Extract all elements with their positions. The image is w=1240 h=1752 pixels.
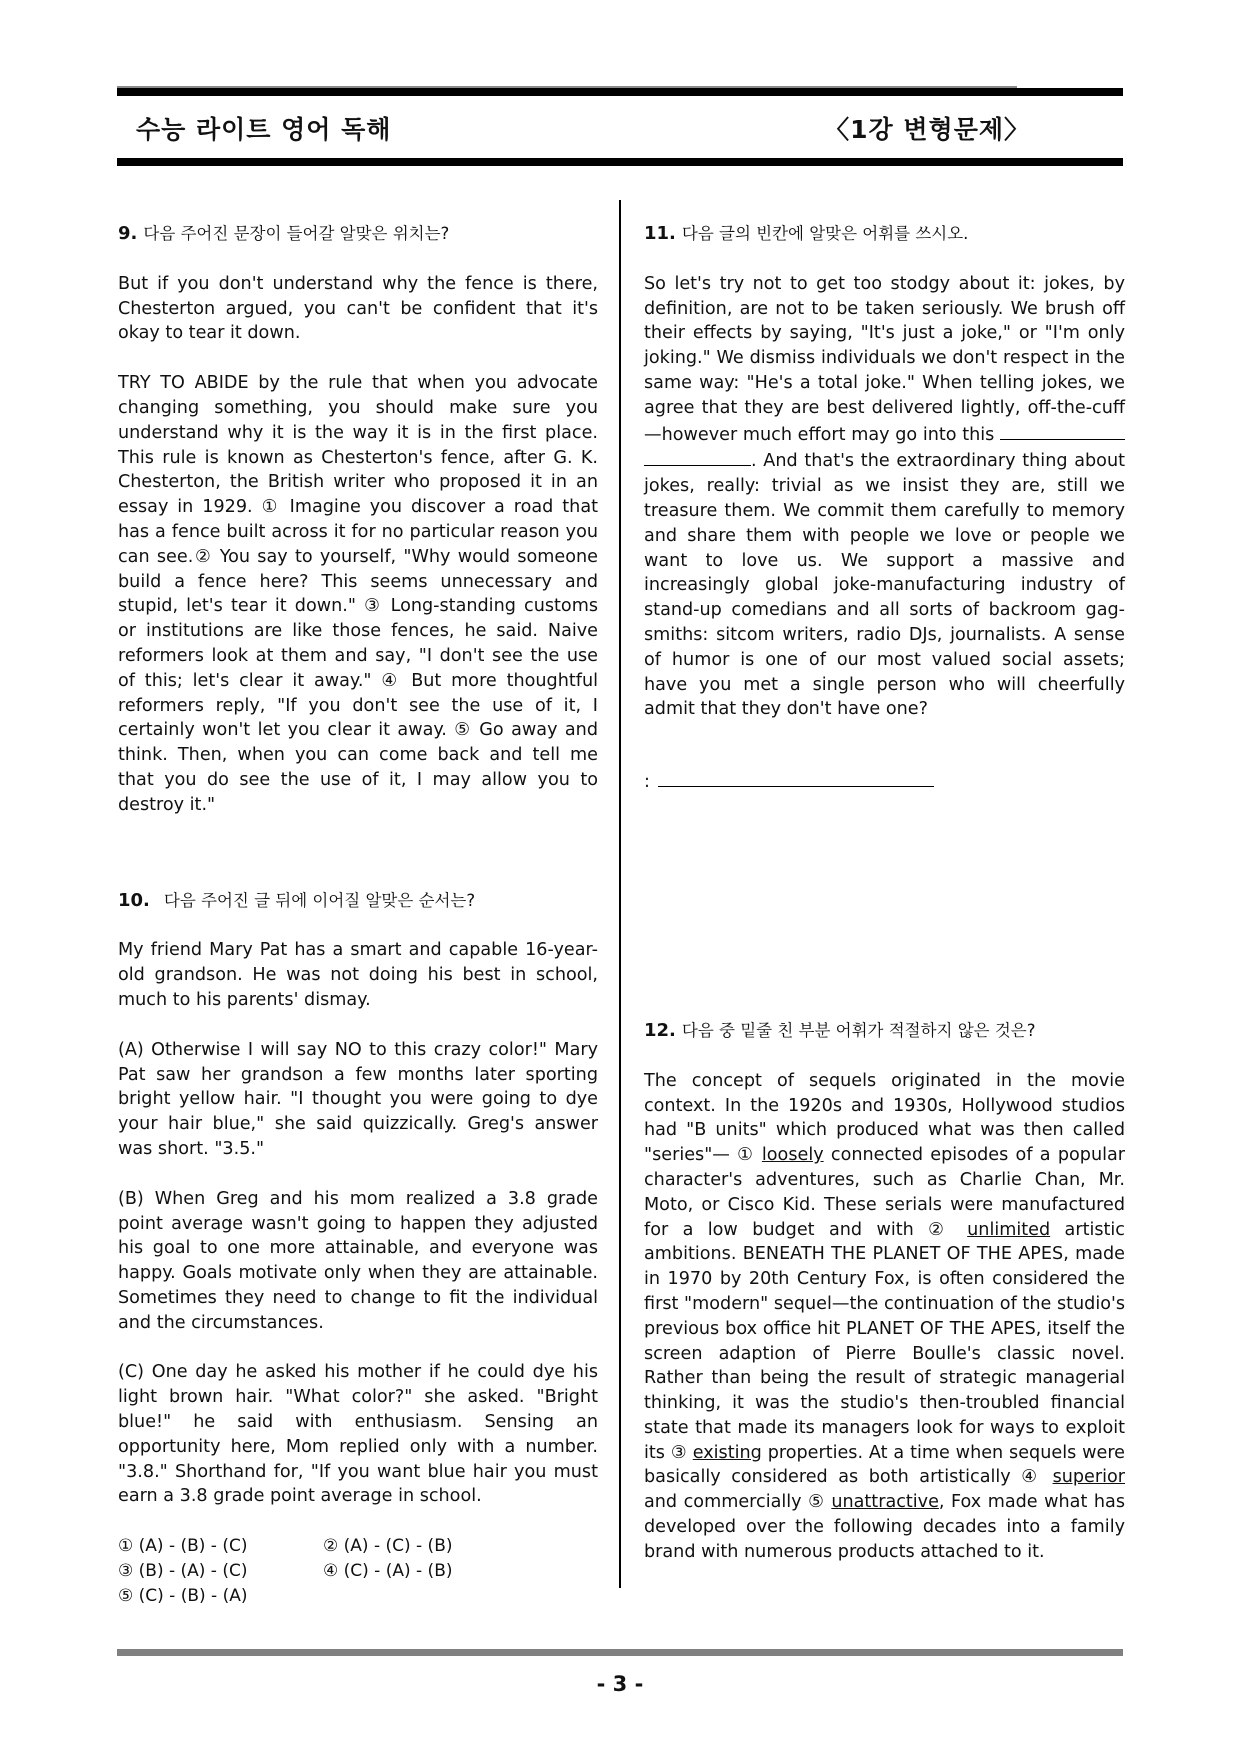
passage-segment: and commercially ⑤ [644,1492,831,1512]
answer-choices: ① (A) - (B) - (C) ② (A) - (C) - (B) ③ (B… [118,1534,598,1608]
blank-line-start [644,447,751,466]
answer-row: : [644,768,1125,795]
choice-1[interactable]: ① (A) - (B) - (C) [118,1534,323,1559]
paragraph-b: (B) When Greg and his mom realized a 3.8… [118,1187,598,1336]
underlined-word-5: unattractive [831,1492,939,1512]
document-title: 수능 라이트 영어 독해 [136,110,391,146]
passage: The concept of sequels originated in the… [644,1069,1125,1565]
given-sentence: But if you don't understand why the fenc… [118,272,598,346]
question-11-title: 11.다음 글의 빈칸에 알맞은 어휘를 쓰시오. [644,222,1125,247]
underlined-word-4: superior [1053,1467,1125,1487]
passage-segment: artistic ambitions. BENEATH THE PLANET O… [644,1220,1125,1463]
question-9-title: 9.다음 주어진 문장이 들어갈 알맞은 위치는? [118,222,598,247]
question-number: 9. [118,223,137,244]
header-rule-bottom [117,158,1123,166]
header-rule-top [117,88,1123,96]
blank-line-end [1000,421,1125,440]
question-10: 10.다음 주어진 글 뒤에 이어질 알맞은 순서는? My friend Ma… [118,889,598,1609]
question-12-title: 12.다음 중 밑줄 친 부분 어휘가 적절하지 않은 것은? [644,1019,1125,1044]
paragraph-a: (A) Otherwise I will say NO to this craz… [118,1038,598,1162]
question-number: 10. [118,890,150,911]
question-number: 11. [644,223,676,244]
question-prompt: 다음 중 밑줄 친 부분 어휘가 적절하지 않은 것은? [682,1021,1036,1040]
question-9: 9.다음 주어진 문장이 들어갈 알맞은 위치는? But if you don… [118,222,598,818]
passage-part-2: . And that's the extraordinary thing abo… [644,451,1125,719]
question-10-title: 10.다음 주어진 글 뒤에 이어질 알맞은 순서는? [118,889,598,914]
passage: TRY TO ABIDE by the rule that when you a… [118,371,598,817]
footer-rule [117,1649,1123,1656]
underlined-word-2: unlimited [967,1220,1050,1240]
question-11: 11.다음 글의 빈칸에 알맞은 어휘를 쓰시오. So let's try n… [644,222,1125,795]
question-prompt: 다음 주어진 문장이 들어갈 알맞은 위치는? [143,224,449,243]
answer-input-line[interactable] [658,768,934,787]
underlined-word-1: loosely [762,1145,824,1165]
choice-3[interactable]: ③ (B) - (A) - (C) [118,1559,323,1584]
underlined-word-3: existing [693,1443,762,1463]
right-column: 11.다음 글의 빈칸에 알맞은 어휘를 쓰시오. So let's try n… [644,222,1125,1565]
question-number: 12. [644,1020,676,1041]
intro-paragraph: My friend Mary Pat has a smart and capab… [118,938,598,1012]
passage-part-1: So let's try not to get too stodgy about… [644,274,1125,445]
choice-2[interactable]: ② (A) - (C) - (B) [323,1534,523,1559]
left-column: 9.다음 주어진 문장이 들어갈 알맞은 위치는? But if you don… [118,222,598,1609]
choice-5[interactable]: ⑤ (C) - (B) - (A) [118,1584,323,1609]
passage: So let's try not to get too stodgy about… [644,272,1125,722]
choice-4[interactable]: ④ (C) - (A) - (B) [323,1559,523,1584]
question-prompt: 다음 주어진 글 뒤에 이어질 알맞은 순서는? [164,891,475,910]
answer-prefix: : [644,772,650,792]
lesson-label: 〈1강 변형문제〉 [824,110,1030,146]
column-divider [619,200,621,1588]
page-number: - 3 - [0,1672,1240,1696]
question-prompt: 다음 글의 빈칸에 알맞은 어휘를 쓰시오. [682,224,969,243]
question-12: 12.다음 중 밑줄 친 부분 어휘가 적절하지 않은 것은? The conc… [644,1019,1125,1565]
paragraph-c: (C) One day he asked his mother if he co… [118,1360,598,1509]
